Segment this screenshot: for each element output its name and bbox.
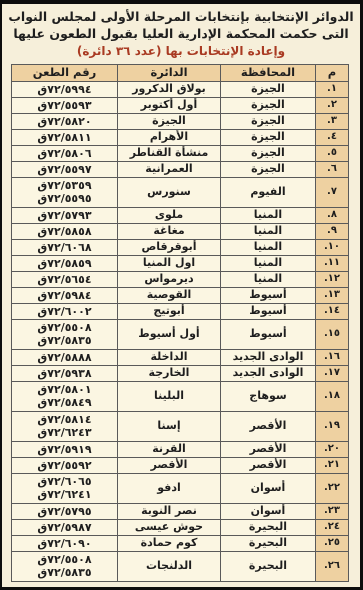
district-cell: نصر النوبة [118, 503, 221, 519]
document-sheet: الدوائر الإنتخابية بإنتخابات المرحلة الأ… [2, 4, 360, 587]
district-cell: كوم حمادة [118, 535, 221, 551]
governorate-cell: أسوان [221, 503, 316, 519]
appeal-cell: ٧٢/٥٩٨٤ق [12, 287, 118, 303]
index-cell: ١٧. [316, 365, 349, 381]
table-row: ٢١.الأقصرالأقصر٧٢/٥٥٩٢ق [12, 457, 349, 473]
appeal-cell: ٧٢/٥٩٣٨ق [12, 365, 118, 381]
district-cell: الخارجة [118, 365, 221, 381]
district-cell: ملوى [118, 207, 221, 223]
district-cell: بولاق الدكرور [118, 81, 221, 97]
index-cell: ٦. [316, 161, 349, 177]
governorate-cell: أسيوط [221, 303, 316, 319]
appeal-number: ٧٢/٦٠٠٢ق [13, 305, 116, 318]
title-block: الدوائر الإنتخابية بإنتخابات المرحلة الأ… [2, 4, 360, 60]
district-cell: سنورس [118, 177, 221, 207]
district-cell: إسنا [118, 411, 221, 441]
index-cell: ٣. [316, 113, 349, 129]
title-line-1: الدوائر الإنتخابية بإنتخابات المرحلة الأ… [2, 9, 360, 26]
appeal-number: ٧٢/٥٩١٩ق [13, 443, 116, 456]
district-cell: القوصية [118, 287, 221, 303]
governorate-cell: أسوان [221, 473, 316, 503]
table-row: ١٤.أسيوطأبوتيج٧٢/٦٠٠٢ق [12, 303, 349, 319]
appeal-number: ٧٢/٥٥٩٣ق [13, 99, 116, 112]
appeal-cell: ٧٢/٥٨٥٩ق [12, 255, 118, 271]
table-row: ٦.الجيزةالعمرانية٧٢/٥٥٩٧ق [12, 161, 349, 177]
index-cell: ٢٠. [316, 441, 349, 457]
governorate-cell: الجيزة [221, 145, 316, 161]
table-row: ١١.المنيااول المنيا٧٢/٥٨٥٩ق [12, 255, 349, 271]
index-cell: ٨. [316, 207, 349, 223]
governorate-cell: سوهاج [221, 381, 316, 411]
appeal-number: ٧٢/٦٢٤٣ق [13, 426, 116, 439]
appeal-cell: ٧٢/٥٨١٤ق٧٢/٦٢٤٣ق [12, 411, 118, 441]
index-cell: ١٤. [316, 303, 349, 319]
district-cell: مغاغة [118, 223, 221, 239]
governorate-cell: المنيا [221, 207, 316, 223]
governorate-cell: أسيوط [221, 287, 316, 303]
appeal-cell: ٧٢/٥٩٩٤ق [12, 81, 118, 97]
index-cell: ١٦. [316, 349, 349, 365]
index-cell: ١٠. [316, 239, 349, 255]
governorate-cell: الجيزة [221, 129, 316, 145]
table-row: ٢٥.البحيرةكوم حمادة٧٢/٦٠٩٠ق [12, 535, 349, 551]
table-row: ١٧.الوادى الجديدالخارجة٧٢/٥٩٣٨ق [12, 365, 349, 381]
appeal-number: ٧٢/٥٥٠٨ق [13, 321, 116, 334]
appeal-number: ٧٢/٥٩٩٤ق [13, 83, 116, 96]
governorate-cell: الجيزة [221, 113, 316, 129]
table-row: ٢٣.أسواننصر النوبة٧٢/٥٧٩٥ق [12, 503, 349, 519]
district-cell: العمرانية [118, 161, 221, 177]
appeal-cell: ٧٢/٦٠٦٨ق [12, 239, 118, 255]
governorate-cell: البحيرة [221, 519, 316, 535]
district-cell: البلينا [118, 381, 221, 411]
appeal-cell: ٧٢/٥٩١٩ق [12, 441, 118, 457]
table-row: ١٦.الوادى الجديدالداخلة٧٢/٥٨٨٨ق [12, 349, 349, 365]
title-line-2: التى حكمت المحكمة الإدارية العليا بقبول … [2, 26, 360, 43]
appeal-number: ٧٢/٦٠٦٨ق [13, 241, 116, 254]
appeal-cell: ٧٢/٥٥٠٨ق٧٢/٥٨٣٥ق [12, 551, 118, 581]
district-cell: ادفو [118, 473, 221, 503]
appeal-number: ٧٢/٦٢٤١ق [13, 488, 116, 501]
appeal-cell: ٧٢/٥٨٥٨ق [12, 223, 118, 239]
col-header-governorate: المحافظة [221, 64, 316, 81]
table-row: ١٩.الأقصرإسنا٧٢/٥٨١٤ق٧٢/٦٢٤٣ق [12, 411, 349, 441]
appeal-cell: ٧٢/٥٥٩٧ق [12, 161, 118, 177]
appeal-cell: ٧٢/٥٨٠١ق٧٢/٥٨٤٩ق [12, 381, 118, 411]
appeal-cell: ٧٢/٥٨٢٠ق [12, 113, 118, 129]
appeal-number: ٧٢/٥٨١١ق [13, 131, 116, 144]
district-cell: منشأة القناطر [118, 145, 221, 161]
col-header-appeal-number: رقم الطعن [12, 64, 118, 81]
index-cell: ١٣. [316, 287, 349, 303]
index-cell: ٥. [316, 145, 349, 161]
governorate-cell: الجيزة [221, 97, 316, 113]
appeal-cell: ٧٢/٥٥٠٨ق٧٢/٥٨٣٥ق [12, 319, 118, 349]
appeal-cell: ٧٢/٥٩٨٧ق [12, 519, 118, 535]
appeal-number: ٧٢/٥٨٠٦ق [13, 147, 116, 160]
col-header-district: الدائرة [118, 64, 221, 81]
appeal-number: ٧٢/٥٥٩٥ق [13, 192, 116, 205]
appeal-cell: ٧٢/٥٨٨٨ق [12, 349, 118, 365]
appeal-number: ٧٢/٦٠٦٥ق [13, 475, 116, 488]
district-cell: اول المنيا [118, 255, 221, 271]
appeal-cell: ٧٢/٥٣٥٩ق٧٢/٥٥٩٥ق [12, 177, 118, 207]
appeal-number: ٧٢/٥٥٠٨ق [13, 553, 116, 566]
table-row: ٤.الجيزةالأهرام٧٢/٥٨١١ق [12, 129, 349, 145]
table-row: ١.الجيزةبولاق الدكرور٧٢/٥٩٩٤ق [12, 81, 349, 97]
district-cell: أول أسيوط [118, 319, 221, 349]
table-row: ٨.المنياملوى٧٢/٥٧٩٣ق [12, 207, 349, 223]
district-cell: الأهرام [118, 129, 221, 145]
col-header-index: م [316, 64, 349, 81]
governorate-cell: البحيرة [221, 551, 316, 581]
table-row: ٢٠.الأقصرالقرنة٧٢/٥٩١٩ق [12, 441, 349, 457]
appeal-cell: ٧٢/٥٨٠٦ق [12, 145, 118, 161]
district-cell: أبوقرقاص [118, 239, 221, 255]
scanned-document: { "title": { "line1": "الدوائر الإنتخابي… [0, 0, 363, 590]
index-cell: ٢٦. [316, 551, 349, 581]
district-cell: ديرمواس [118, 271, 221, 287]
appeal-number: ٧٢/٥٨٥٩ق [13, 257, 116, 270]
table-row: ٢٤.البحيرةحوش عيسى٧٢/٥٩٨٧ق [12, 519, 349, 535]
appeal-cell: ٧٢/٦٠٩٠ق [12, 535, 118, 551]
governorate-cell: المنيا [221, 239, 316, 255]
appeal-number: ٧٢/٥٩٣٨ق [13, 367, 116, 380]
district-cell: أول أكتوبر [118, 97, 221, 113]
district-cell: حوش عيسى [118, 519, 221, 535]
appeal-number: ٧٢/٥٣٥٩ق [13, 179, 116, 192]
index-cell: ٢٥. [316, 535, 349, 551]
table-row: ٩.المنيامغاغة٧٢/٥٨٥٨ق [12, 223, 349, 239]
table-row: ١٨.سوهاجالبلينا٧٢/٥٨٠١ق٧٢/٥٨٤٩ق [12, 381, 349, 411]
index-cell: ٧. [316, 177, 349, 207]
index-cell: ٩. [316, 223, 349, 239]
district-cell: أبوتيج [118, 303, 221, 319]
table-row: ٥.الجيزةمنشأة القناطر٧٢/٥٨٠٦ق [12, 145, 349, 161]
appeal-number: ٧٢/٥٨٨٨ق [13, 351, 116, 364]
index-cell: ١١. [316, 255, 349, 271]
appeal-number: ٧٢/٥٨٣٥ق [13, 334, 116, 347]
appeal-cell: ٧٢/٦٠٠٢ق [12, 303, 118, 319]
index-cell: ٢٣. [316, 503, 349, 519]
appeal-number: ٧٢/٥٥٩٧ق [13, 163, 116, 176]
appeal-number: ٧٢/٥٩٨٤ق [13, 289, 116, 302]
index-cell: ١٩. [316, 411, 349, 441]
index-cell: ١٥. [316, 319, 349, 349]
appeal-number: ٧٢/٥٨٤٩ق [13, 396, 116, 409]
governorate-cell: الجيزة [221, 81, 316, 97]
governorate-cell: المنيا [221, 223, 316, 239]
appeal-cell: ٧٢/٥٥٩٣ق [12, 97, 118, 113]
district-cell: القرنة [118, 441, 221, 457]
appeal-number: ٧٢/٥٥٩٢ق [13, 459, 116, 472]
table-row: ٧.الفيومسنورس٧٢/٥٣٥٩ق٧٢/٥٥٩٥ق [12, 177, 349, 207]
district-cell: الداخلة [118, 349, 221, 365]
governorate-cell: الأقصر [221, 457, 316, 473]
district-cell: الجيزة [118, 113, 221, 129]
appeal-number: ٧٢/٥٧٩٥ق [13, 505, 116, 518]
governorate-cell: البحيرة [221, 535, 316, 551]
appeal-number: ٧٢/٥٨٥٨ق [13, 225, 116, 238]
table-row: ٣.الجيزةالجيزة٧٢/٥٨٢٠ق [12, 113, 349, 129]
governorate-cell: الأقصر [221, 411, 316, 441]
governorate-cell: الوادى الجديد [221, 349, 316, 365]
title-line-3: وإعادة الإنتخابات بها (عدد ٣٦ دائرة) [2, 43, 360, 60]
appeal-number: ٧٢/٥٨١٤ق [13, 413, 116, 426]
table-row: ١٣.أسيوطالقوصية٧٢/٥٩٨٤ق [12, 287, 349, 303]
appeal-cell: ٧٢/٥٥٩٢ق [12, 457, 118, 473]
index-cell: ١٨. [316, 381, 349, 411]
appeal-number: ٧٢/٥٨٢٠ق [13, 115, 116, 128]
index-cell: ٢٤. [316, 519, 349, 535]
index-cell: ٢١. [316, 457, 349, 473]
table-row: ١٥.أسيوطأول أسيوط٧٢/٥٥٠٨ق٧٢/٥٨٣٥ق [12, 319, 349, 349]
appeal-cell: ٧٢/٥٨١١ق [12, 129, 118, 145]
governorate-cell: الفيوم [221, 177, 316, 207]
table-row: ٢٢.أسوانادفو٧٢/٦٠٦٥ق٧٢/٦٢٤١ق [12, 473, 349, 503]
governorate-cell: المنيا [221, 255, 316, 271]
table-body: ١.الجيزةبولاق الدكرور٧٢/٥٩٩٤ق٢.الجيزةأول… [12, 81, 349, 581]
appeal-cell: ٧٢/٥٧٩٣ق [12, 207, 118, 223]
appeal-number: ٧٢/٥٦٥٤ق [13, 273, 116, 286]
appeal-number: ٧٢/٥٨٣٥ق [13, 566, 116, 579]
index-cell: ٢٢. [316, 473, 349, 503]
table-row: ١٠.المنياأبوقرقاص٧٢/٦٠٦٨ق [12, 239, 349, 255]
table-header-row: م المحافظة الدائرة رقم الطعن [12, 64, 349, 81]
appeal-number: ٧٢/٦٠٩٠ق [13, 537, 116, 550]
index-cell: ١. [316, 81, 349, 97]
governorate-cell: الجيزة [221, 161, 316, 177]
table-row: ٢.الجيزةأول أكتوبر٧٢/٥٥٩٣ق [12, 97, 349, 113]
governorate-cell: المنيا [221, 271, 316, 287]
table-row: ١٢.المنياديرمواس٧٢/٥٦٥٤ق [12, 271, 349, 287]
governorate-cell: الأقصر [221, 441, 316, 457]
appeal-number: ٧٢/٥٧٩٣ق [13, 209, 116, 222]
districts-table: م المحافظة الدائرة رقم الطعن ١.الجيزةبول… [11, 64, 349, 582]
appeal-cell: ٧٢/٥٦٥٤ق [12, 271, 118, 287]
district-cell: الدلنجات [118, 551, 221, 581]
appeal-cell: ٧٢/٦٠٦٥ق٧٢/٦٢٤١ق [12, 473, 118, 503]
appeal-number: ٧٢/٥٨٠١ق [13, 383, 116, 396]
district-cell: الأقصر [118, 457, 221, 473]
appeal-cell: ٧٢/٥٧٩٥ق [12, 503, 118, 519]
table-row: ٢٦.البحيرةالدلنجات٧٢/٥٥٠٨ق٧٢/٥٨٣٥ق [12, 551, 349, 581]
index-cell: ٢. [316, 97, 349, 113]
index-cell: ١٢. [316, 271, 349, 287]
governorate-cell: الوادى الجديد [221, 365, 316, 381]
governorate-cell: أسيوط [221, 319, 316, 349]
index-cell: ٤. [316, 129, 349, 145]
appeal-number: ٧٢/٥٩٨٧ق [13, 521, 116, 534]
